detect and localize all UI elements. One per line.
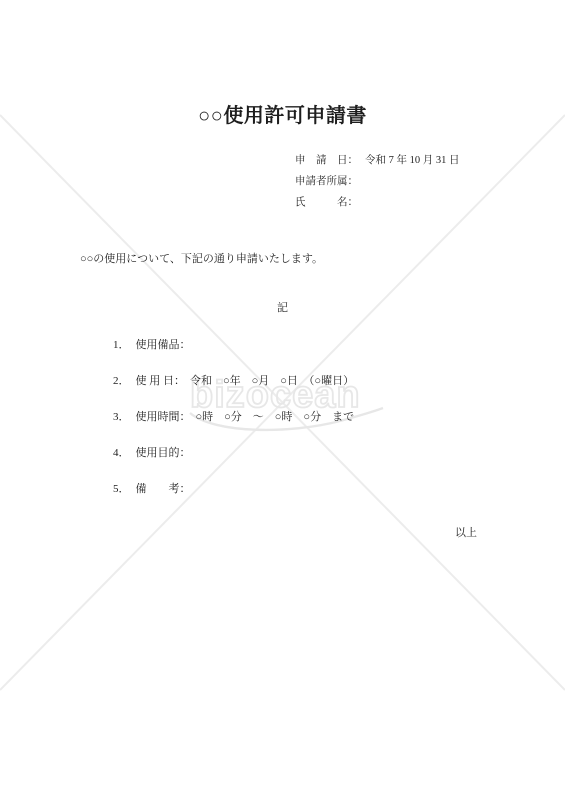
item-equipment: 1．使用備品： xyxy=(113,336,196,352)
application-date-label: 申 請 日： xyxy=(295,155,358,166)
record-marker: 記 xyxy=(0,299,565,315)
item-equipment-number: 1． xyxy=(113,339,130,351)
item-remarks-number: 5． xyxy=(113,483,130,495)
item-usage-date-value: 令和 ○年 ○月 ○日 （○曜日） xyxy=(190,375,354,387)
applicant-name-label: 氏 名： xyxy=(295,197,358,208)
item-equipment-label: 使用備品： xyxy=(136,339,191,351)
item-usage-time-label: 使用時間： xyxy=(136,411,191,423)
application-header-block: 申 請 日：令和 7 年 10 月 31 日 申請者所属： 氏 名： xyxy=(295,150,460,213)
item-usage-date: 2．使 用 日：令和 ○年 ○月 ○日 （○曜日） xyxy=(113,372,354,388)
document-content: ○○使用許可申請書 申 請 日：令和 7 年 10 月 31 日 申請者所属： … xyxy=(0,0,565,800)
application-date-row: 申 請 日：令和 7 年 10 月 31 日 xyxy=(295,150,460,171)
item-usage-date-number: 2． xyxy=(113,375,130,387)
applicant-affiliation-label: 申請者所属： xyxy=(295,176,358,187)
closing-marker: 以上 xyxy=(455,524,477,540)
item-usage-time-value: ○時 ○分 ～ ○時 ○分 まで xyxy=(196,411,355,423)
item-remarks: 5．備 考： xyxy=(113,480,196,496)
item-remarks-label: 備 考： xyxy=(136,483,191,495)
item-usage-date-label: 使 用 日： xyxy=(136,375,186,387)
page-title: ○○使用許可申請書 xyxy=(0,99,565,128)
item-usage-purpose: 4．使用目的： xyxy=(113,444,196,460)
opening-statement: ○○の使用について、下記の通り申請いたします。 xyxy=(80,250,323,266)
application-form-page: bizocean ○○使用許可申請書 申 請 日：令和 7 年 10 月 31 … xyxy=(0,0,565,800)
applicant-name-row: 氏 名： xyxy=(295,192,460,213)
item-usage-time: 3．使用時間：○時 ○分 ～ ○時 ○分 まで xyxy=(113,408,354,424)
item-usage-purpose-number: 4． xyxy=(113,447,130,459)
item-usage-time-number: 3． xyxy=(113,411,130,423)
item-usage-purpose-label: 使用目的： xyxy=(136,447,191,459)
applicant-affiliation-row: 申請者所属： xyxy=(295,171,460,192)
application-date-value: 令和 7 年 10 月 31 日 xyxy=(365,155,460,166)
